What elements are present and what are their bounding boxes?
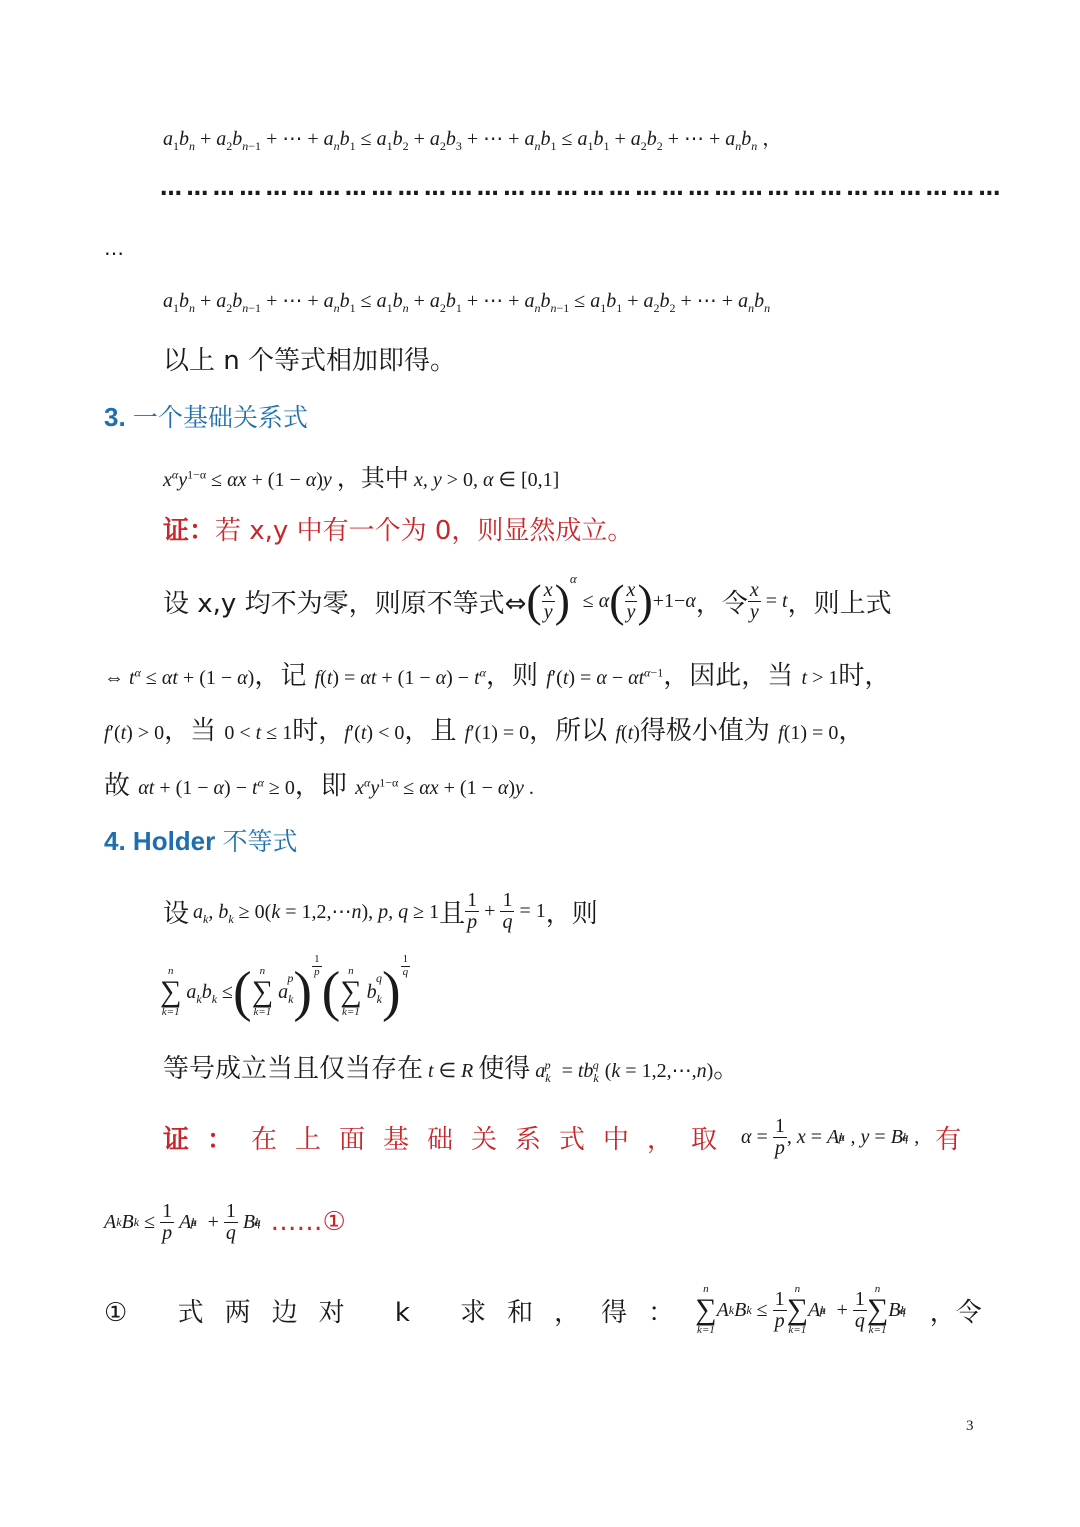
basic-inequality-formula: xαy1−α ≤ αx + (1 − α)y bbox=[163, 469, 332, 491]
section-3-statement: xαy1−α ≤ αx + (1 − α)y ，其中 x, y > 0, α ∈… bbox=[163, 458, 559, 493]
section-4-title-latin: Holder bbox=[133, 826, 215, 856]
sum-conclusion: 以上 n 个等式相加即得。 bbox=[163, 340, 456, 377]
inequality-row-n: a1bn + a2bn−1 + ⋯ + anb1 ≤ a1bn + a2b1 +… bbox=[163, 288, 770, 313]
holder-proof-line: 证： 在上面基础关系式中，取 α = 1p , x = Akp, y = Bkq… bbox=[163, 1108, 961, 1166]
proof-trivial-case: 证：若 x,y 中有一个为 0，则显然成立。 bbox=[163, 510, 633, 547]
sum-line-prefix: ① 式两边对 k 求和，得： bbox=[104, 1292, 695, 1329]
page-number: 3 bbox=[966, 1418, 974, 1435]
dotted-line: …………………………………………………………………………………… bbox=[160, 176, 1005, 201]
ratio-power-expression: ( xy ) α ≤ α ( xy ) +1−α bbox=[526, 578, 695, 624]
inequality-row-1: a1bn + a2bn−1 + ⋯ + anb1 ≤ a1b2 + a2b3 +… bbox=[163, 122, 782, 151]
proof-line-2-prefix: 设 x,y 均不为零，则原不等式⇔ bbox=[163, 583, 526, 620]
equation-marker-one: ……① bbox=[270, 1207, 345, 1237]
condition-label: ，其中 bbox=[337, 464, 409, 492]
condition-formula: x, y > 0, α ∈ [0,1] bbox=[414, 469, 559, 491]
substitution-t: xy = t bbox=[748, 580, 788, 623]
section-4-heading: 4. Holder 不等式 bbox=[104, 822, 298, 858]
inequality-one: AkBk ≤ 1p Akp + 1q Bkq ……① bbox=[104, 1192, 346, 1252]
section-3-number: 3. bbox=[104, 402, 126, 432]
substitution-formula: α = 1p , x = Akp, y = Bkq, bbox=[741, 1116, 919, 1159]
proof-line-1: 若 x,y 中有一个为 0，则显然成立。 bbox=[215, 516, 633, 546]
section-3-title: 一个基础关系式 bbox=[133, 403, 308, 432]
equality-condition: 等号成立当且仅当存在 t ∈ R 使得 akp = tbkq(k = 1,2,⋯… bbox=[163, 1048, 739, 1085]
holder-setup: 设 ak, bk ≥ 0(k = 1,2,⋯n), p, q ≥ 1 且 1p … bbox=[163, 882, 598, 940]
section-4-number: 4. bbox=[104, 826, 126, 856]
proof-line-2: 设 x,y 均不为零，则原不等式⇔ ( xy ) α ≤ α ( xy ) +1… bbox=[163, 566, 892, 636]
proof-line-4: f′(t) > 0，当 0 < t ≤ 1时，f′(t) < 0，且 f′(1)… bbox=[104, 710, 864, 747]
proof-line-5: 故 αt + (1 − α) − tα ≥ 0，即 xαy1−α ≤ αx + … bbox=[104, 765, 534, 802]
holder-inequality: n∑k=1 akbk ≤ ( n∑k=1 akp ) 1p ( n∑k=1 bk… bbox=[160, 952, 410, 1032]
proof-line-3: ⇔ tα ≤ αt + (1 − α)，记 f(t) = αt + (1 − α… bbox=[104, 655, 890, 692]
section-4-title: 不等式 bbox=[223, 827, 298, 856]
holder-proof-text: 在上面基础关系式中，取 bbox=[251, 1119, 735, 1156]
holder-proof-label: 证： bbox=[163, 1119, 251, 1156]
proof-label: 证： bbox=[163, 516, 215, 546]
ellipsis: … bbox=[104, 236, 126, 260]
section-3-heading: 3. 一个基础关系式 bbox=[104, 398, 308, 434]
sum-over-k-line: ① 式两边对 k 求和，得： n∑k=1 AkBk ≤ 1p n∑k=1 Akp… bbox=[104, 1278, 982, 1342]
summed-inequality: n∑k=1 AkBk ≤ 1p n∑k=1 Akp + 1q n∑k=1 Bkq bbox=[695, 1284, 912, 1336]
